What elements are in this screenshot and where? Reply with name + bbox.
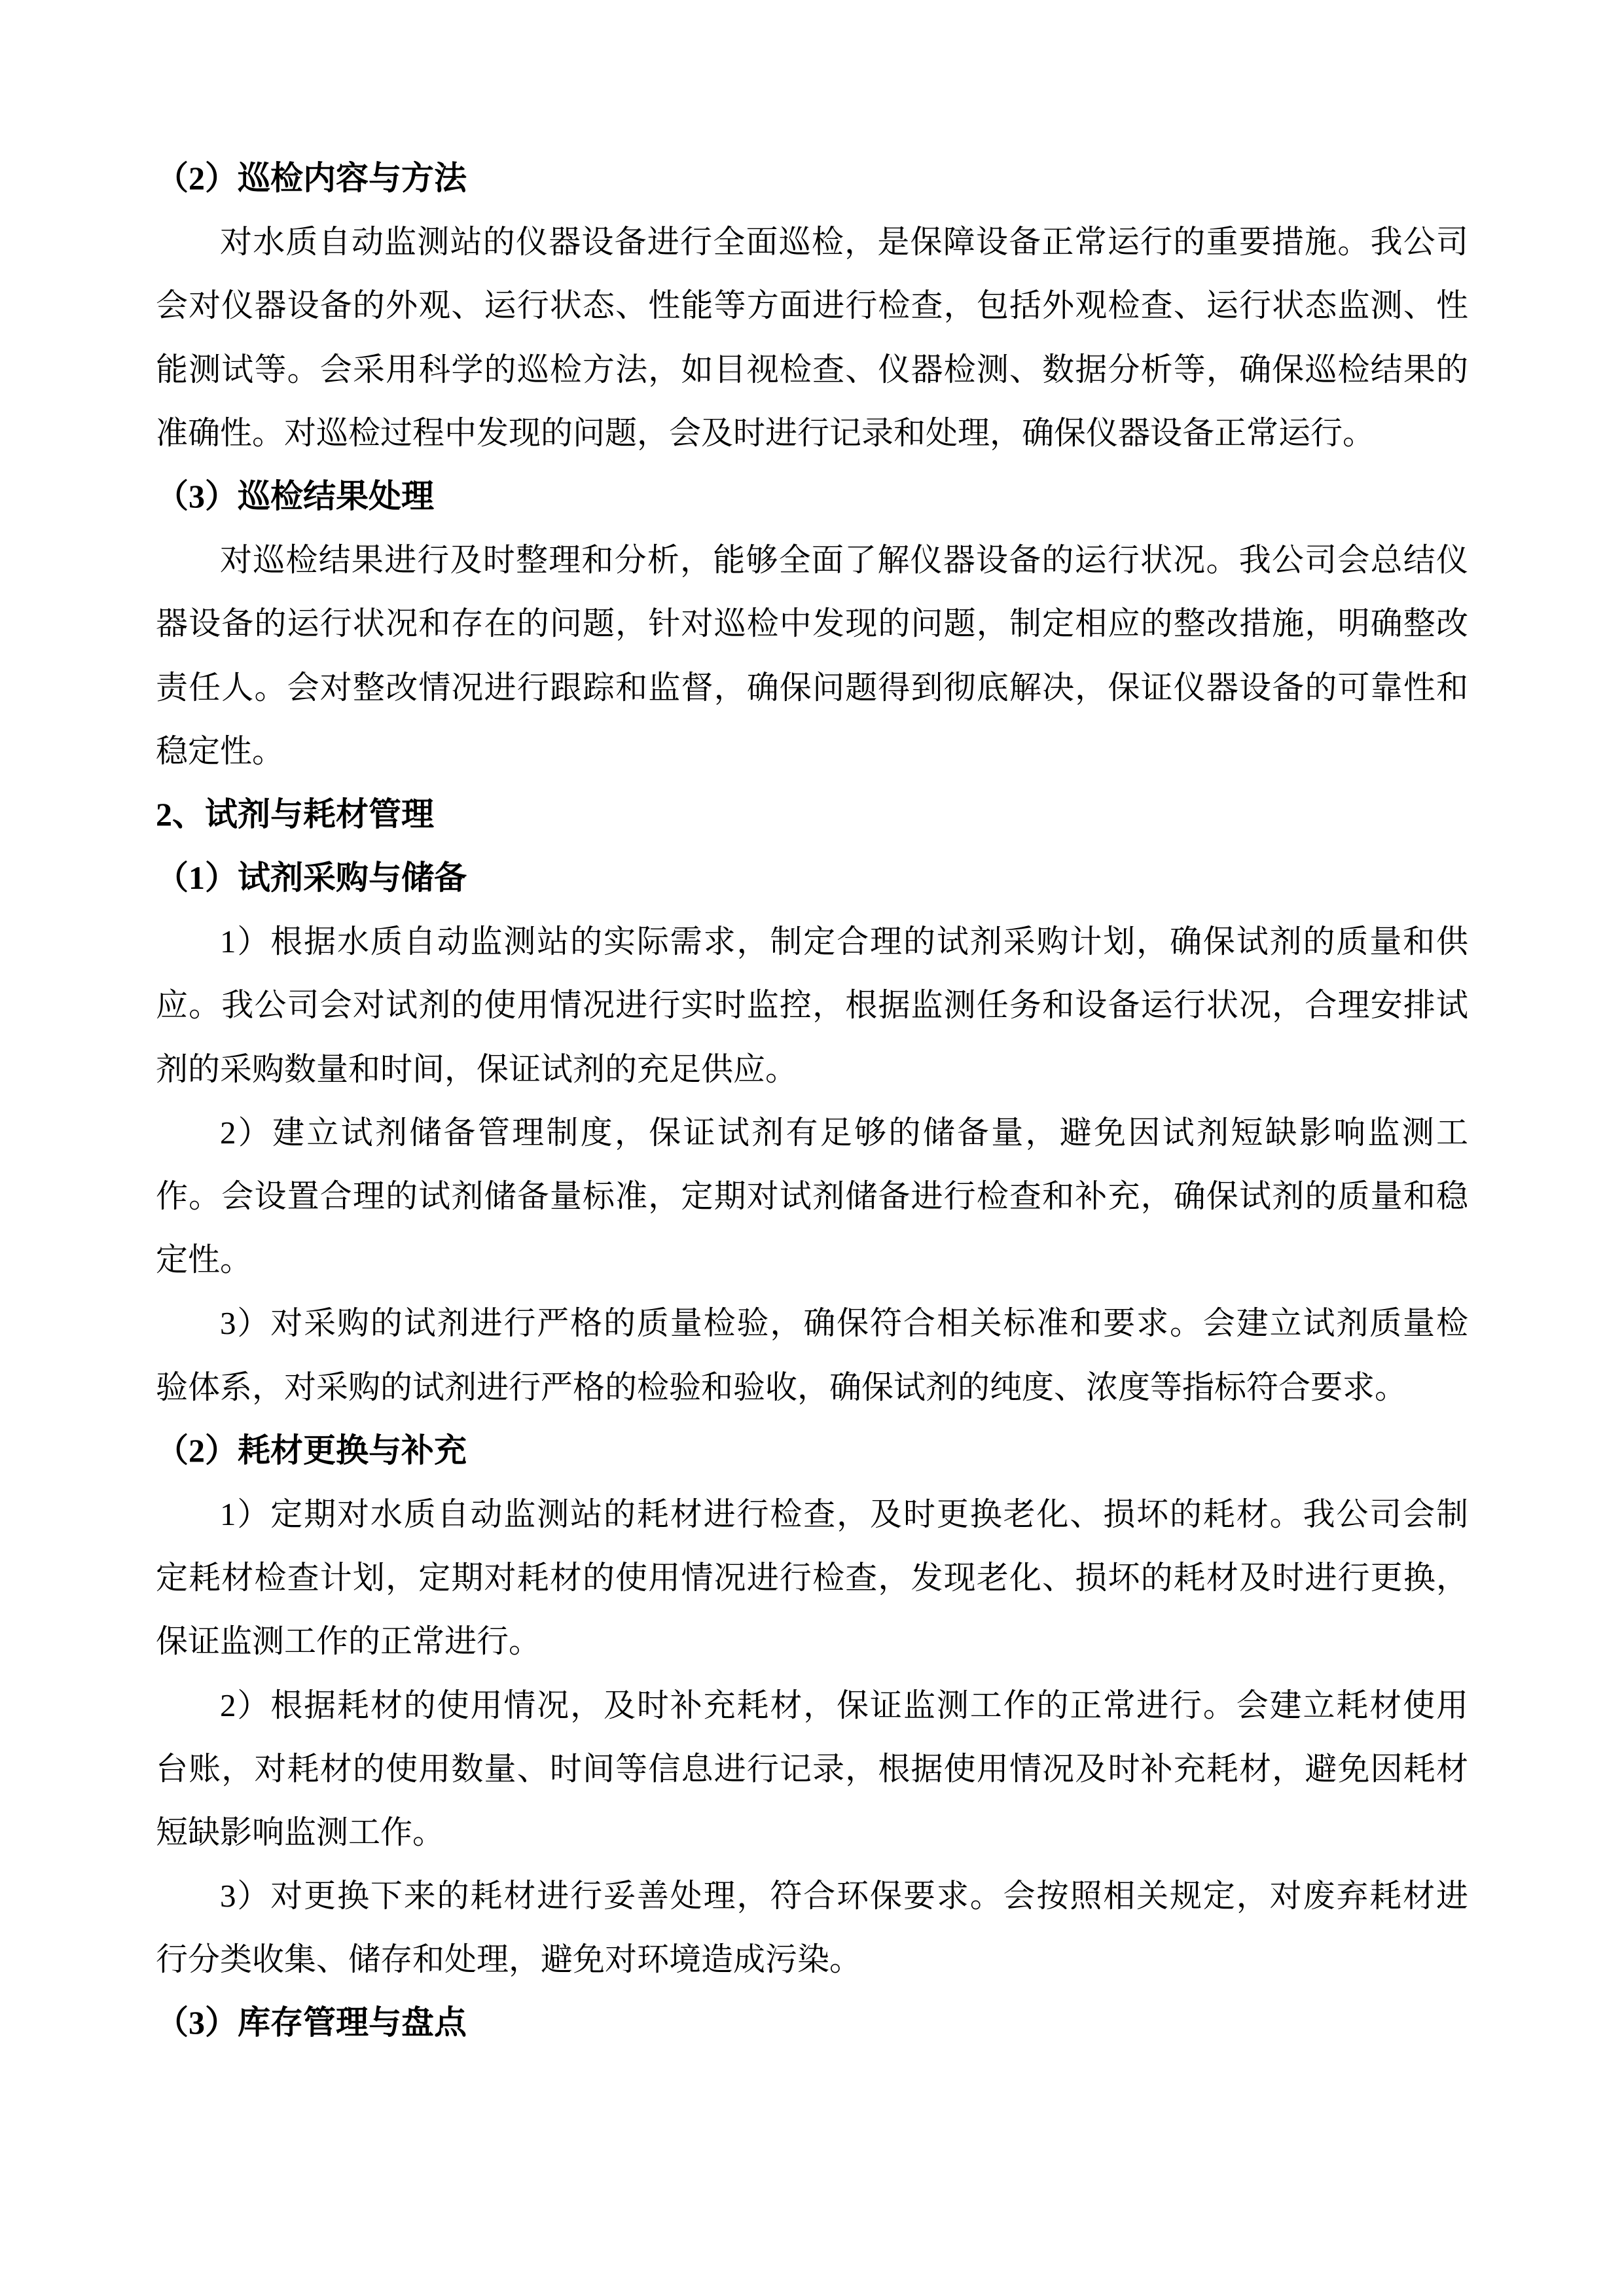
paragraph-line: 短缺影响监测工作。 bbox=[156, 1801, 1468, 1864]
paragraph-line: 2）根据耗材的使用情况，及时补充耗材，保证监测工作的正常进行。会建立耗材使用 bbox=[156, 1674, 1468, 1737]
paragraph-line: 3）对更换下来的耗材进行妥善处理，符合环保要求。会按照相关规定，对废弃耗材进 bbox=[156, 1864, 1468, 1928]
paragraph-line: 1）根据水质自动监测站的实际需求，制定合理的试剂采购计划，确保试剂的质量和供 bbox=[156, 910, 1468, 973]
paragraph-line: 2）建立试剂储备管理制度，保证试剂有足够的储备量，避免因试剂短缺影响监测工 bbox=[156, 1101, 1468, 1164]
document-page: （2）巡检内容与方法对水质自动监测站的仪器设备进行全面巡检，是保障设备正常运行的… bbox=[0, 0, 1624, 2296]
heading-line: （3）巡检结果处理 bbox=[156, 465, 1468, 528]
paragraph-line: 3）对采购的试剂进行严格的质量检验，确保符合相关标准和要求。会建立试剂质量检 bbox=[156, 1291, 1468, 1355]
paragraph-line: 定耗材检查计划，定期对耗材的使用情况进行检查，发现老化、损坏的耗材及时进行更换， bbox=[156, 1546, 1468, 1609]
paragraph-line: 器设备的运行状况和存在的问题，针对巡检中发现的问题，制定相应的整改措施，明确整改 bbox=[156, 592, 1468, 655]
heading-line: （2）巡检内容与方法 bbox=[156, 147, 1468, 210]
heading-line: 2、试剂与耗材管理 bbox=[156, 783, 1468, 846]
heading-line: （1）试剂采购与储备 bbox=[156, 846, 1468, 910]
paragraph-line: 验体系，对采购的试剂进行严格的检验和验收，确保试剂的纯度、浓度等指标符合要求。 bbox=[156, 1355, 1468, 1419]
heading-line: （2）耗材更换与补充 bbox=[156, 1419, 1468, 1482]
paragraph-line: 台账，对耗材的使用数量、时间等信息进行记录，根据使用情况及时补充耗材，避免因耗材 bbox=[156, 1737, 1468, 1801]
document-content: （2）巡检内容与方法对水质自动监测站的仪器设备进行全面巡检，是保障设备正常运行的… bbox=[156, 147, 1468, 2055]
paragraph-line: 作。会设置合理的试剂储备量标准，定期对试剂储备进行检查和补充，确保试剂的质量和稳 bbox=[156, 1164, 1468, 1228]
paragraph-line: 能测试等。会采用科学的巡检方法，如目视检查、仪器检测、数据分析等，确保巡检结果的 bbox=[156, 338, 1468, 401]
paragraph-line: 稳定性。 bbox=[156, 719, 1468, 783]
paragraph-line: 行分类收集、储存和处理，避免对环境造成污染。 bbox=[156, 1928, 1468, 1991]
paragraph-line: 1）定期对水质自动监测站的耗材进行检查，及时更换老化、损坏的耗材。我公司会制 bbox=[156, 1482, 1468, 1546]
paragraph-line: 保证监测工作的正常进行。 bbox=[156, 1609, 1468, 1673]
paragraph-line: 定性。 bbox=[156, 1228, 1468, 1291]
paragraph-line: 对水质自动监测站的仪器设备进行全面巡检，是保障设备正常运行的重要措施。我公司 bbox=[156, 210, 1468, 274]
paragraph-line: 应。我公司会对试剂的使用情况进行实时监控，根据监测任务和设备运行状况，合理安排试 bbox=[156, 973, 1468, 1037]
paragraph-line: 剂的采购数量和时间，保证试剂的充足供应。 bbox=[156, 1037, 1468, 1101]
heading-line: （3）库存管理与盘点 bbox=[156, 1991, 1468, 2054]
paragraph-line: 准确性。对巡检过程中发现的问题，会及时进行记录和处理，确保仪器设备正常运行。 bbox=[156, 401, 1468, 465]
paragraph-line: 责任人。会对整改情况进行跟踪和监督，确保问题得到彻底解决，保证仪器设备的可靠性和 bbox=[156, 656, 1468, 719]
paragraph-line: 对巡检结果进行及时整理和分析，能够全面了解仪器设备的运行状况。我公司会总结仪 bbox=[156, 528, 1468, 592]
paragraph-line: 会对仪器设备的外观、运行状态、性能等方面进行检查，包括外观检查、运行状态监测、性 bbox=[156, 274, 1468, 337]
